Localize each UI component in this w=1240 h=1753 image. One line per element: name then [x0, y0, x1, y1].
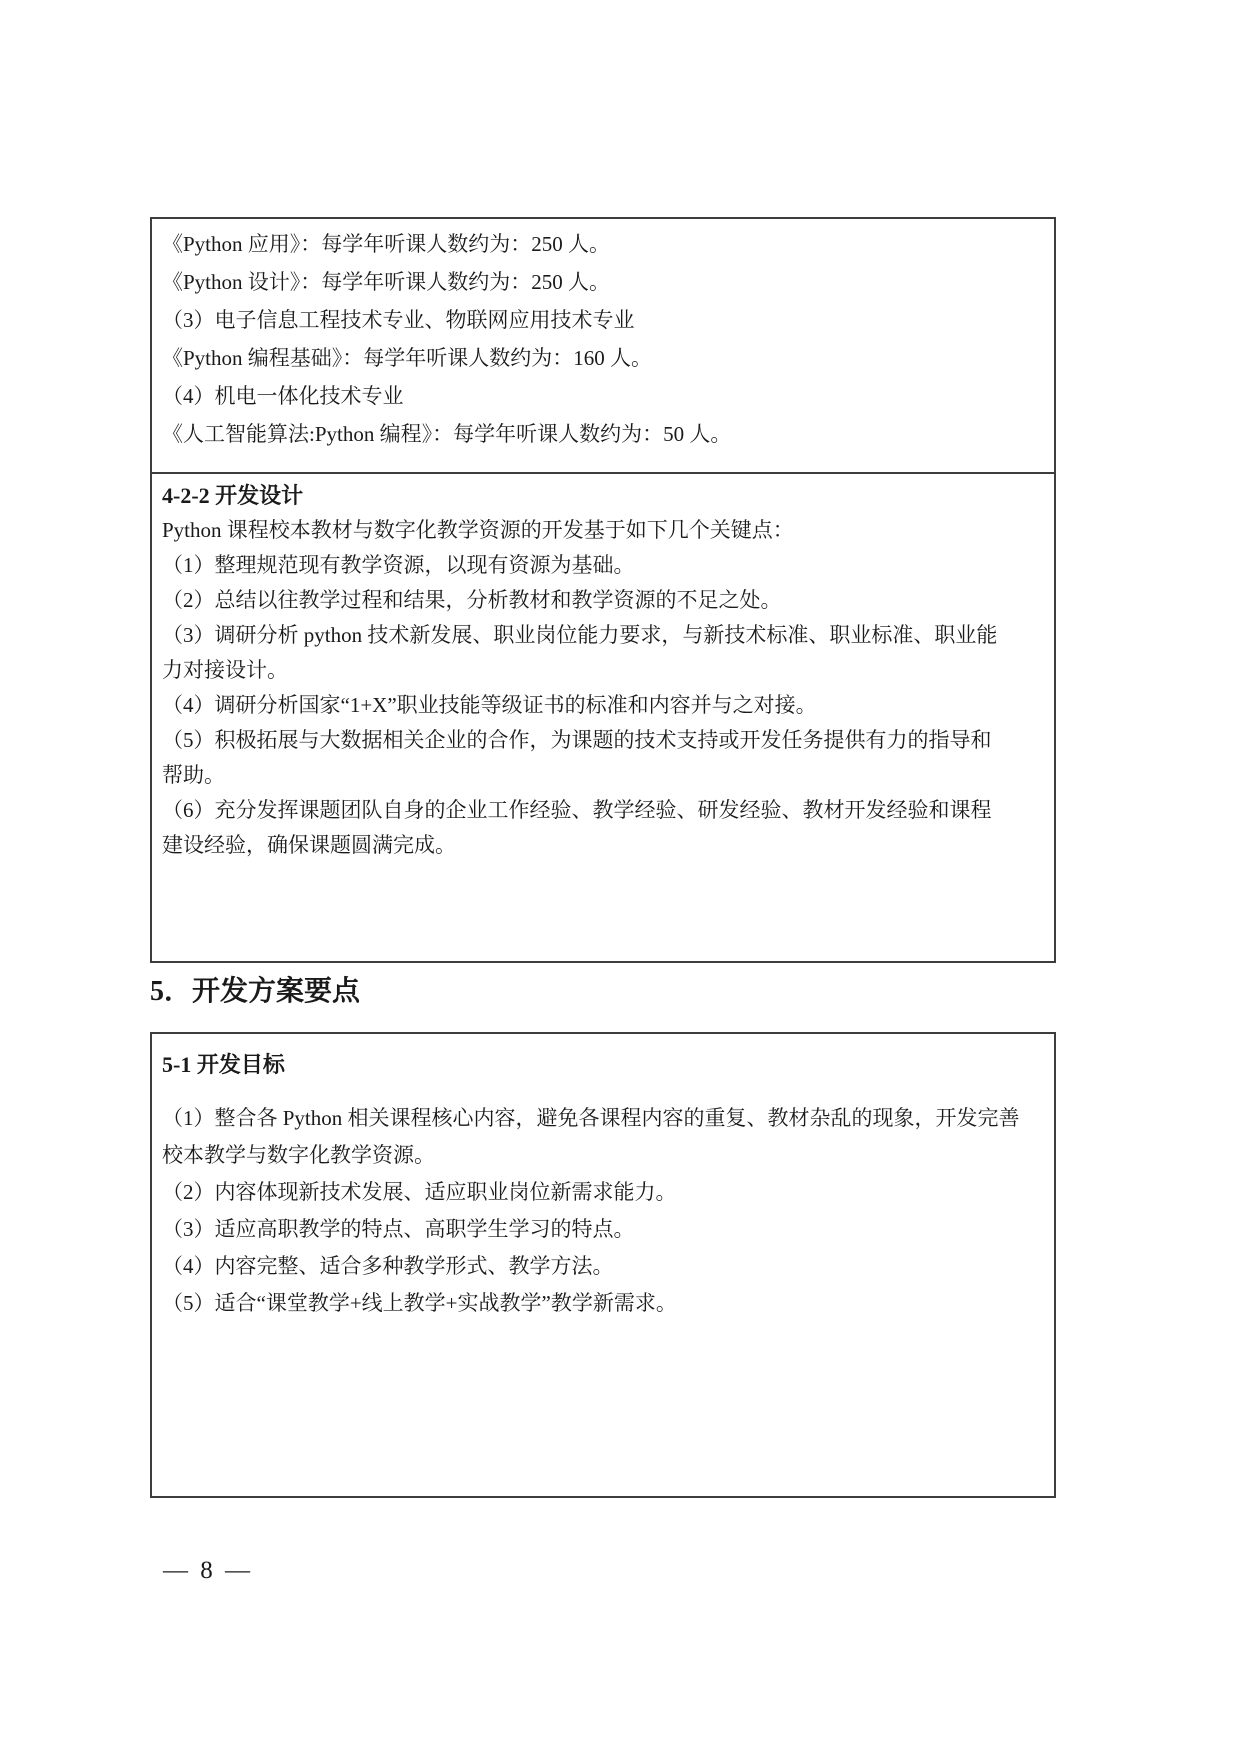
development-design-line: Python 课程校本教材与数字化教学资源的开发基于如下几个关键点： — [162, 513, 1042, 548]
course-audience-line: 《Python 编程基础》：每学年听课人数约为：160 人。 — [162, 339, 1042, 377]
development-design-line: 帮助。 — [162, 758, 1042, 793]
development-goal-line: （3）适应高职教学的特点、高职学生学习的特点。 — [162, 1211, 1042, 1248]
development-goal-line: （4）内容完整、适合多种教学形式、教学方法。 — [162, 1248, 1042, 1285]
development-goal-line: （5）适合“课堂教学+线上教学+实战教学”教学新需求。 — [162, 1285, 1042, 1322]
development-design-line: （3）调研分析 python 技术新发展、职业岗位能力要求，与新技术标准、职业标… — [162, 618, 1042, 653]
course-audience-line: 《Python 应用》：每学年听课人数约为：250 人。 — [162, 225, 1042, 263]
course-audience-line: 《Python 设计》：每学年听课人数约为：250 人。 — [162, 263, 1042, 301]
development-design-line: （5）积极拓展与大数据相关企业的合作，为课题的技术支持或开发任务提供有力的指导和 — [162, 723, 1042, 758]
development-goal-line: （2）内容体现新技术发展、适应职业岗位新需求能力。 — [162, 1174, 1042, 1211]
development-goal-line: 校本教学与数字化教学资源。 — [162, 1137, 1042, 1174]
course-development-table: 《Python 应用》：每学年听课人数约为：250 人。 《Python 设计》… — [150, 217, 1056, 963]
course-audience-line: 《人工智能算法:Python 编程》：每学年听课人数约为：50 人。 — [162, 415, 1042, 453]
table-cell-development-design: 4-2-2 开发设计 Python 课程校本教材与数字化教学资源的开发基于如下几… — [152, 474, 1054, 863]
development-design-line: （2）总结以往教学过程和结果，分析教材和教学资源的不足之处。 — [162, 583, 1042, 618]
development-goals-table: 5-1 开发目标 （1）整合各 Python 相关课程核心内容，避免各课程内容的… — [150, 1032, 1056, 1498]
section-5-1-heading: 5-1 开发目标 — [162, 1046, 1042, 1084]
development-design-line: 建设经验，确保课题圆满完成。 — [162, 828, 1042, 863]
section-4-2-2-heading: 4-2-2 开发设计 — [162, 478, 1042, 513]
section-5-title: 5．开发方案要点 — [150, 975, 360, 1009]
development-design-line: （4）调研分析国家“1+X”职业技能等级证书的标准和内容并与之对接。 — [162, 688, 1042, 723]
development-design-line: （6）充分发挥课题团队自身的企业工作经验、教学经验、研发经验、教材开发经验和课程 — [162, 793, 1042, 828]
table-cell-course-audience: 《Python 应用》：每学年听课人数约为：250 人。 《Python 设计》… — [152, 219, 1054, 474]
page-number: — 8 — — [163, 1556, 250, 1586]
course-audience-line: （4）机电一体化技术专业 — [162, 377, 1042, 415]
development-design-line: （1）整理规范现有教学资源，以现有资源为基础。 — [162, 548, 1042, 583]
document-page: 《Python 应用》：每学年听课人数约为：250 人。 《Python 设计》… — [0, 0, 1240, 1753]
development-design-line: 力对接设计。 — [162, 653, 1042, 688]
development-goal-line: （1）整合各 Python 相关课程核心内容，避免各课程内容的重复、教材杂乱的现… — [162, 1100, 1042, 1137]
course-audience-line: （3）电子信息工程技术专业、物联网应用技术专业 — [162, 301, 1042, 339]
